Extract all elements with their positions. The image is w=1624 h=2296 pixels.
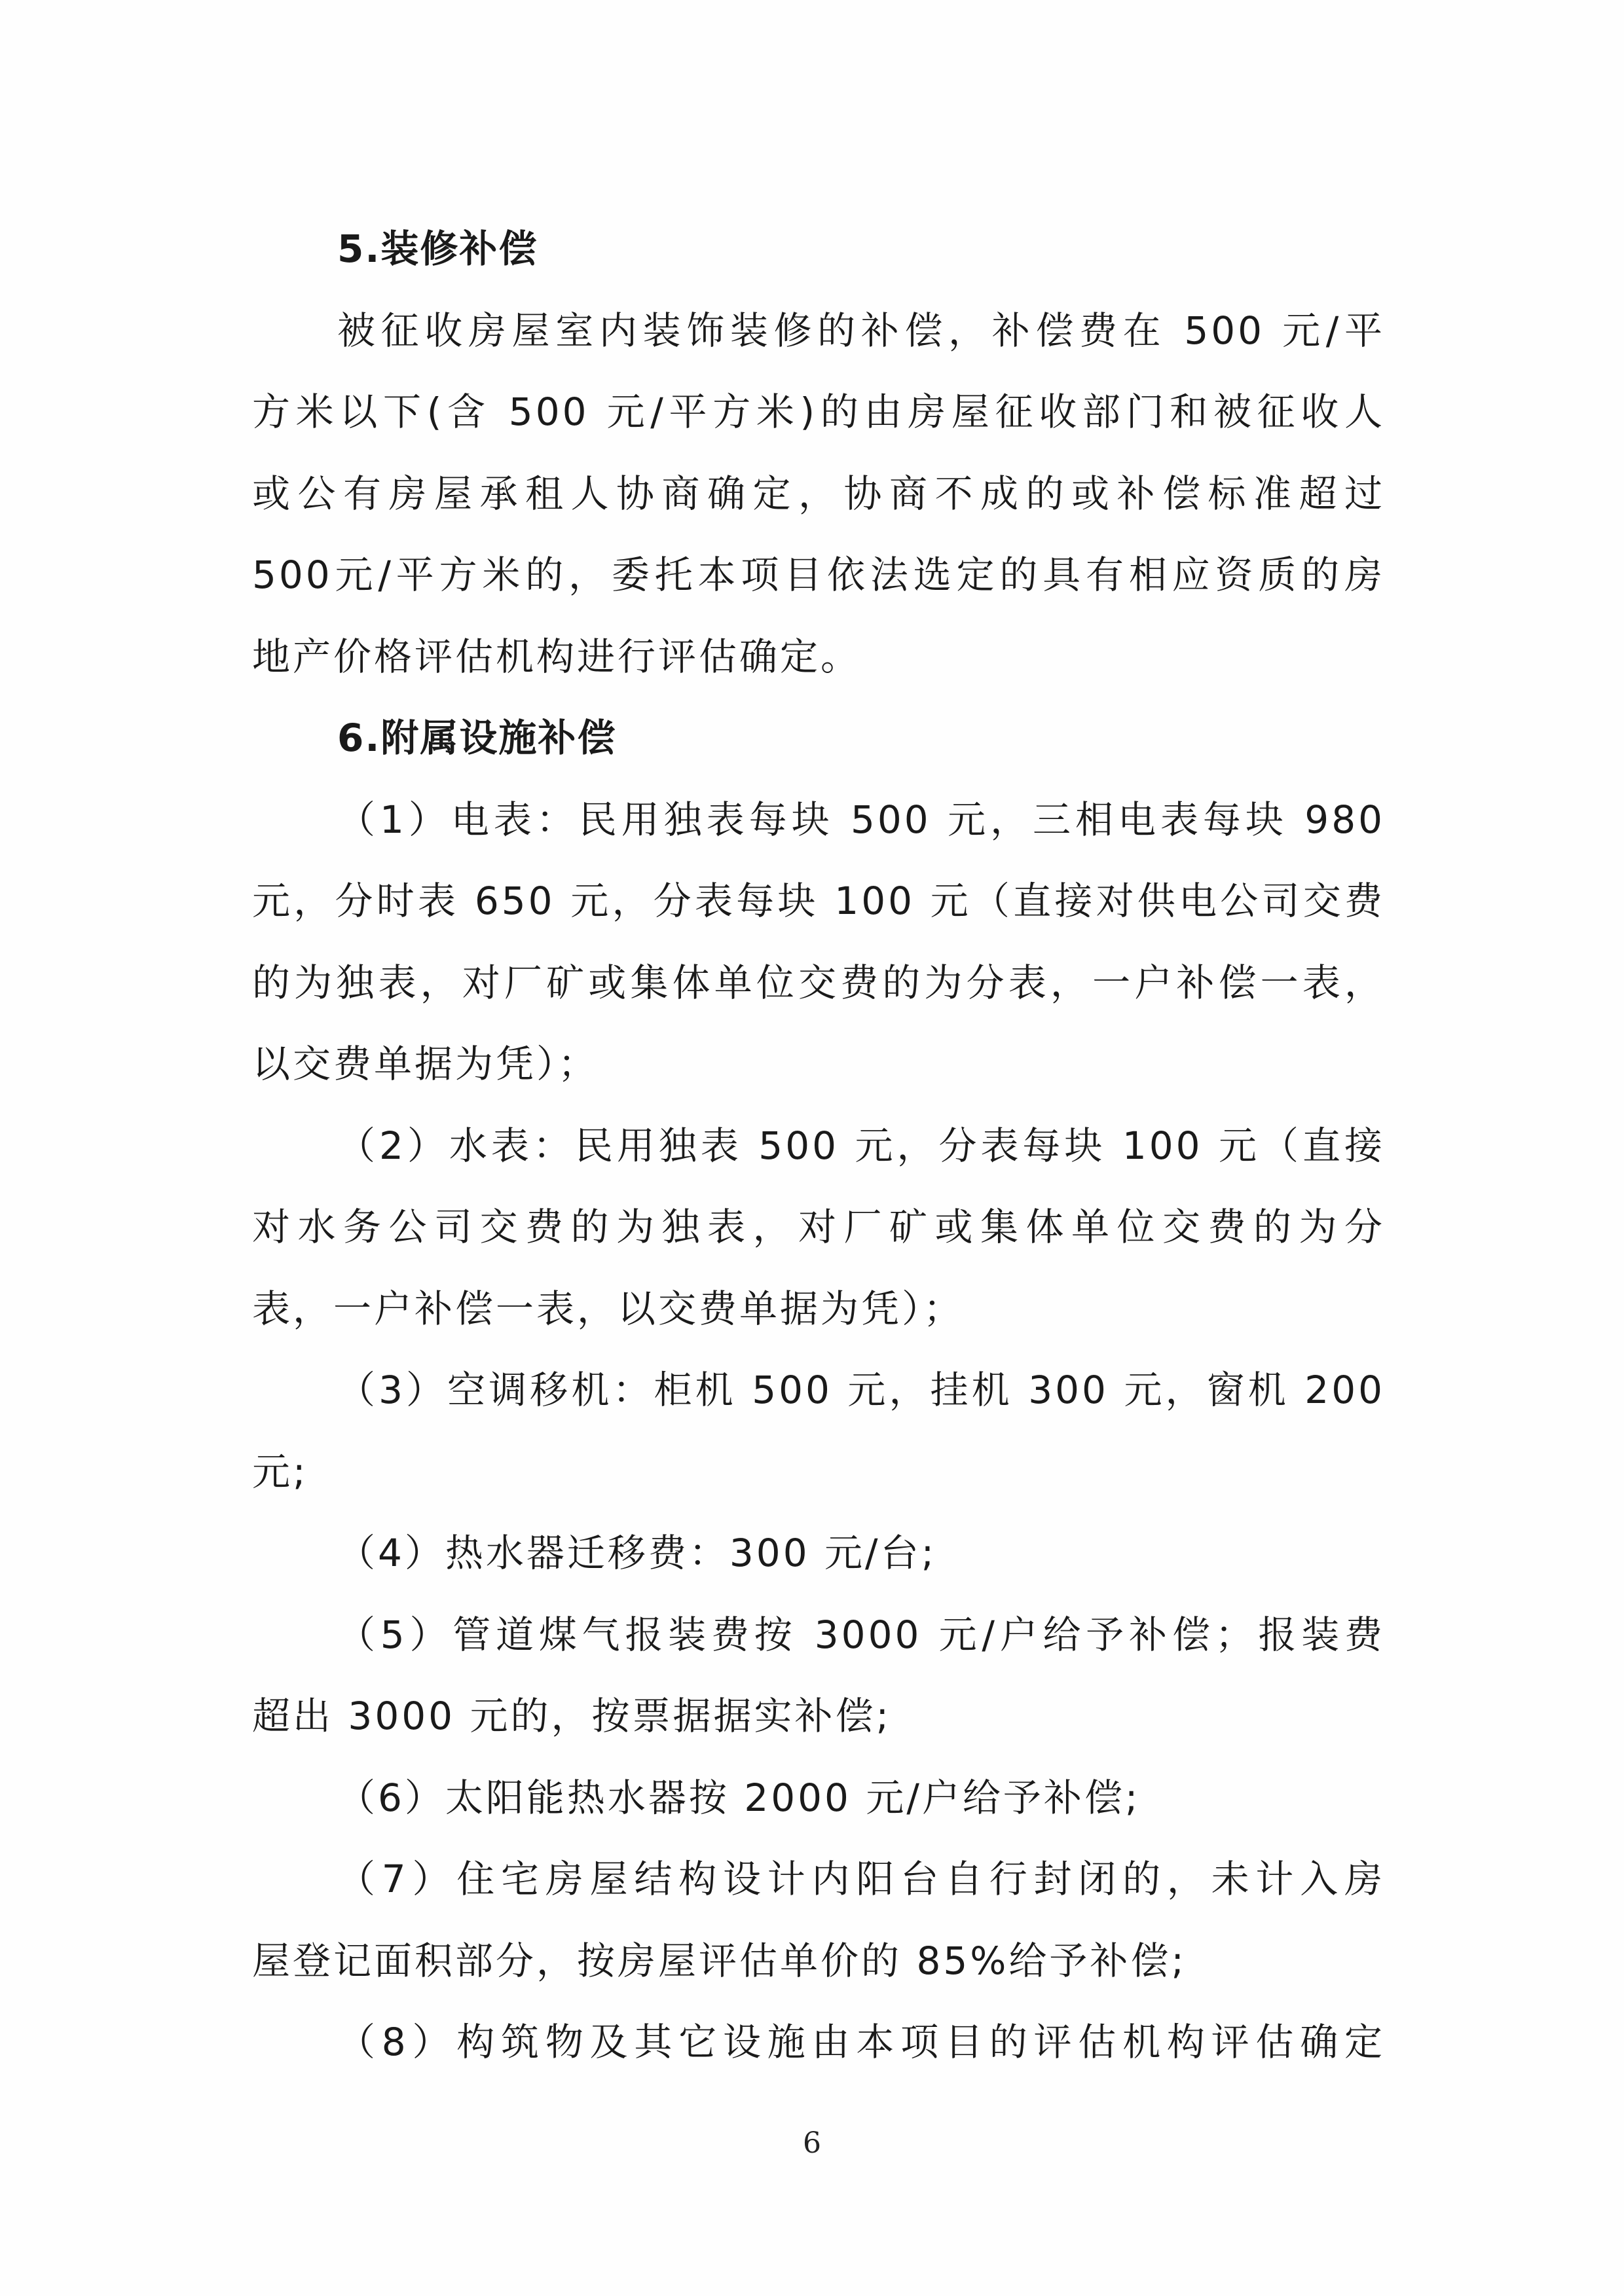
- list-item-line: 元;: [252, 1431, 1385, 1513]
- list-item-line: 表，一户补偿一表，以交费单据为凭）；: [252, 1268, 1385, 1350]
- paragraph-line: 方米以下(含 500 元/平方米)的由房屋征收部门和被征收人: [252, 371, 1385, 453]
- list-item-solar-water-heater: （6）太阳能热水器按 2000 元/户给予补偿;: [252, 1757, 1385, 1839]
- list-item-line: 元，分时表 650 元，分表每块 100 元（直接对供电公司交费: [252, 860, 1385, 942]
- list-item-line: 屋登记面积部分，按房屋评估单价的 85%给予补偿;: [252, 1920, 1385, 2002]
- section-heading-ancillary-facilities: 6.附属设施补偿: [252, 697, 1385, 779]
- list-item-line: 超出 3000 元的，按票据据实补偿;: [252, 1675, 1385, 1757]
- list-item-water-heater: （4）热水器迁移费：300 元/台;: [252, 1512, 1385, 1594]
- list-item-water-meter: （2）水表：民用独表 500 元，分表每块 100 元（直接: [252, 1105, 1385, 1187]
- paragraph-line: 地产价格评估机构进行评估确定。: [252, 616, 1385, 698]
- paragraph-line: 500元/平方米的，委托本项目依法选定的具有相应资质的房: [252, 534, 1385, 616]
- page-number: 6: [0, 2126, 1624, 2160]
- list-item-structures: （8）构筑物及其它设施由本项目的评估机构评估确定: [252, 2001, 1385, 2083]
- list-item-enclosed-balcony: （7）住宅房屋结构设计内阳台自行封闭的，未计入房: [252, 1838, 1385, 1920]
- section-heading-decoration-compensation: 5.装修补偿: [252, 208, 1385, 290]
- paragraph-line: 或公有房屋承租人协商确定，协商不成的或补偿标准超过: [252, 453, 1385, 535]
- body-text: 5.装修补偿 被征收房屋室内装饰装修的补偿，补偿费在 500 元/平 方米以下(…: [252, 208, 1385, 2083]
- list-item-gas-pipeline: （5）管道煤气报装费按 3000 元/户给予补偿；报装费: [252, 1594, 1385, 1676]
- list-item-electric-meter: （1）电表：民用独表每块 500 元，三相电表每块 980: [252, 779, 1385, 861]
- paragraph-line: 被征收房屋室内装饰装修的补偿，补偿费在 500 元/平: [252, 290, 1385, 372]
- list-item-line: 对水务公司交费的为独表，对厂矿或集体单位交费的为分: [252, 1186, 1385, 1268]
- list-item-line: 以交费单据为凭）；: [252, 1023, 1385, 1105]
- list-item-air-conditioner: （3）空调移机：柜机 500 元，挂机 300 元，窗机 200: [252, 1349, 1385, 1431]
- document-page: 5.装修补偿 被征收房屋室内装饰装修的补偿，补偿费在 500 元/平 方米以下(…: [0, 0, 1624, 2296]
- list-item-line: 的为独表，对厂矿或集体单位交费的为分表，一户补偿一表，: [252, 942, 1385, 1024]
